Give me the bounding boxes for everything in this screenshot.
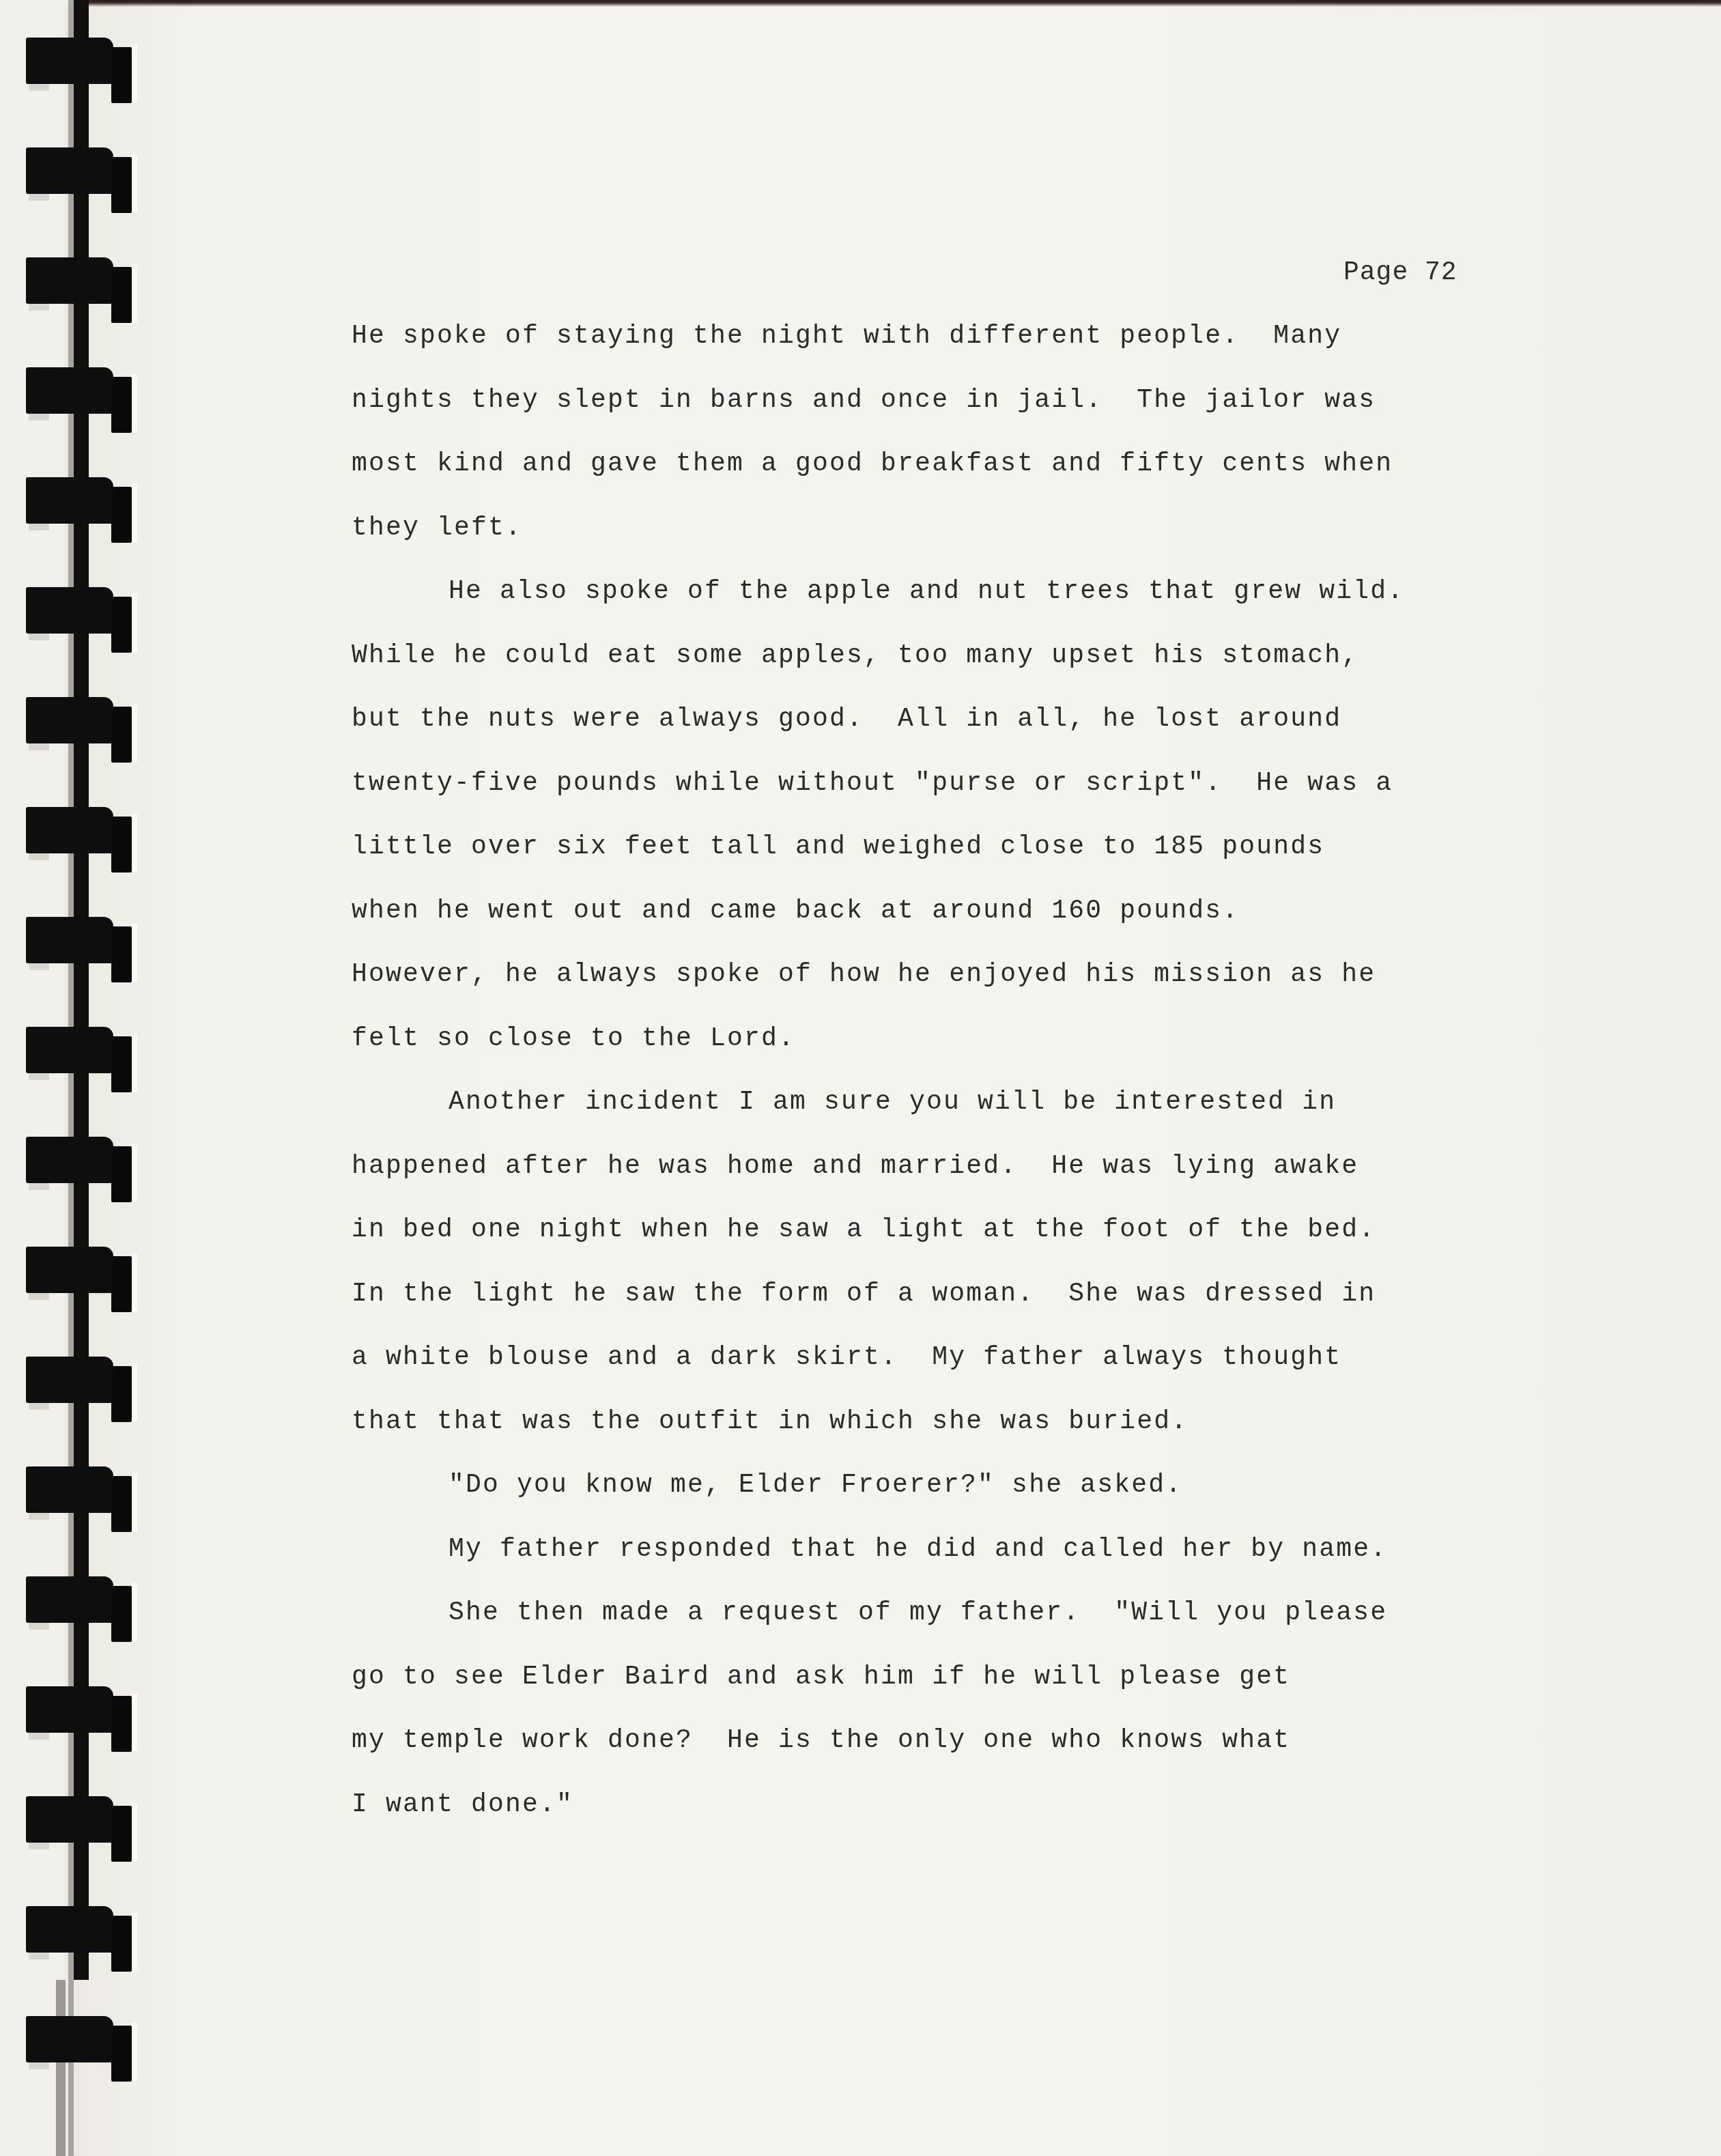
comb-tip xyxy=(111,597,132,653)
paragraph-first-line: "Do you know me, Elder Froerer?" she ask… xyxy=(449,1470,1182,1501)
punch-hole-edge xyxy=(29,1843,49,1849)
comb-tip xyxy=(111,1586,132,1642)
punch-hole-edge xyxy=(29,1623,49,1630)
text-line: but the nuts were always good. All in al… xyxy=(352,704,1341,735)
punch-hole xyxy=(132,264,137,322)
punch-hole xyxy=(132,704,137,762)
punch-hole-edge xyxy=(29,1183,49,1190)
binding-comb-tooth xyxy=(26,1686,132,1741)
top-edge-shadow xyxy=(75,0,1721,7)
text-line: While he could eat some apples, too many… xyxy=(352,640,1359,672)
punch-hole-edge xyxy=(29,963,49,970)
binding-comb-tooth xyxy=(26,1796,132,1851)
text-line: However, he always spoke of how he enjoy… xyxy=(352,959,1376,991)
punch-hole xyxy=(132,1473,137,1531)
punch-hole-edge xyxy=(29,1073,49,1080)
punch-hole-edge xyxy=(29,84,49,91)
paragraph-first-line: She then made a request of my father. "W… xyxy=(449,1598,1387,1629)
binding-comb-tooth xyxy=(26,1247,132,1301)
binding-comb-tooth xyxy=(26,697,132,752)
comb-band xyxy=(26,367,113,414)
comb-band xyxy=(26,1576,113,1623)
binding-comb-tooth xyxy=(26,1027,132,1081)
punch-hole-edge xyxy=(29,304,49,311)
comb-tip xyxy=(111,487,132,543)
comb-tip xyxy=(111,267,132,323)
punch-hole xyxy=(132,1693,137,1751)
comb-band xyxy=(26,477,113,524)
punch-hole-edge xyxy=(29,1953,49,1959)
comb-band xyxy=(26,1686,113,1733)
comb-tip xyxy=(111,926,132,982)
comb-band xyxy=(26,917,113,963)
punch-hole xyxy=(132,374,137,432)
text-line: go to see Elder Baird and ask him if he … xyxy=(352,1662,1290,1693)
comb-tip xyxy=(111,47,132,103)
comb-tip xyxy=(111,707,132,763)
text-line: I want done." xyxy=(352,1789,573,1821)
text-line: felt so close to the Lord. xyxy=(352,1023,795,1055)
punch-hole xyxy=(132,594,137,652)
text-line: He spoke of staying the night with diffe… xyxy=(352,321,1341,352)
comb-tip xyxy=(111,1366,132,1422)
comb-band xyxy=(26,807,113,853)
paragraph-first-line: My father responded that he did and call… xyxy=(449,1534,1387,1565)
comb-tip xyxy=(111,817,132,873)
binding-comb-tooth xyxy=(26,1137,132,1191)
punch-hole xyxy=(132,924,137,982)
punch-hole xyxy=(132,1583,137,1641)
binding-comb-tooth xyxy=(26,1576,132,1631)
comb-tip xyxy=(111,1256,132,1312)
punch-hole xyxy=(132,814,137,872)
comb-tip xyxy=(111,2026,132,2082)
comb-tip xyxy=(111,377,132,433)
punch-hole-edge xyxy=(29,2062,49,2069)
binding-comb-tooth xyxy=(26,807,132,862)
punch-hole xyxy=(132,1363,137,1421)
text-line: nights they slept in barns and once in j… xyxy=(352,385,1376,416)
binding-comb-tooth xyxy=(26,38,132,92)
comb-tip xyxy=(111,1696,132,1752)
comb-tip xyxy=(111,1036,132,1092)
punch-hole xyxy=(132,484,137,542)
text-line: when he went out and came back at around… xyxy=(352,896,1239,927)
comb-band xyxy=(26,147,113,194)
punch-hole-edge xyxy=(29,414,49,421)
comb-tip xyxy=(111,1916,132,1972)
comb-band xyxy=(26,587,113,634)
comb-band xyxy=(26,257,113,304)
comb-band xyxy=(26,1466,113,1513)
binding-comb-tooth xyxy=(26,367,132,422)
paragraph-first-line: He also spoke of the apple and nut trees… xyxy=(449,576,1404,608)
text-line: most kind and gave them a good breakfast… xyxy=(352,449,1393,480)
text-line: In the light he saw the form of a woman.… xyxy=(352,1279,1376,1310)
comb-band xyxy=(26,2016,113,2062)
binding-comb-tooth xyxy=(26,2016,132,2071)
comb-tip xyxy=(111,1476,132,1532)
binding-comb-tooth xyxy=(26,1466,132,1521)
punch-hole xyxy=(132,1803,137,1861)
binding-comb-tooth xyxy=(26,587,132,642)
binding-comb-tooth xyxy=(26,917,132,971)
punch-hole-edge xyxy=(29,634,49,640)
comb-band xyxy=(26,1906,113,1953)
page-number: Page 72 xyxy=(1343,258,1457,287)
punch-hole-edge xyxy=(29,1733,49,1740)
text-line: twenty-five pounds while without "purse … xyxy=(352,768,1393,799)
text-line: they left. xyxy=(352,513,522,544)
punch-hole xyxy=(132,44,137,102)
comb-tip xyxy=(111,1146,132,1202)
comb-band xyxy=(26,1796,113,1843)
punch-hole xyxy=(132,1034,137,1092)
binding-comb-tooth xyxy=(26,1906,132,1961)
punch-hole xyxy=(132,1253,137,1311)
text-line: in bed one night when he saw a light at … xyxy=(352,1215,1376,1246)
comb-band xyxy=(26,1247,113,1293)
punch-hole xyxy=(132,154,137,212)
comb-band xyxy=(26,1137,113,1183)
punch-hole xyxy=(132,1913,137,1971)
binding-comb-tooth xyxy=(26,1357,132,1411)
comb-band xyxy=(26,697,113,743)
punch-hole xyxy=(132,2023,137,2081)
punch-hole xyxy=(132,1144,137,1202)
punch-hole-edge xyxy=(29,524,49,530)
punch-hole-edge xyxy=(29,1293,49,1300)
binding-comb-tooth xyxy=(26,147,132,202)
punch-hole-edge xyxy=(29,743,49,750)
comb-band xyxy=(26,38,113,84)
comb-binding xyxy=(0,0,137,2156)
punch-hole-edge xyxy=(29,194,49,201)
text-line: my temple work done? He is the only one … xyxy=(352,1725,1290,1757)
text-line: little over six feet tall and weighed cl… xyxy=(352,832,1324,863)
text-line: happened after he was home and married. … xyxy=(352,1151,1359,1182)
text-line: that that was the outfit in which she wa… xyxy=(352,1406,1188,1438)
comb-tip xyxy=(111,1806,132,1862)
punch-hole-edge xyxy=(29,1513,49,1520)
comb-band xyxy=(26,1027,113,1073)
comb-band xyxy=(26,1357,113,1403)
punch-hole-edge xyxy=(29,853,49,860)
paragraph-first-line: Another incident I am sure you will be i… xyxy=(449,1087,1336,1118)
binding-comb-tooth xyxy=(26,477,132,532)
comb-tip xyxy=(111,157,132,213)
text-line: a white blouse and a dark skirt. My fath… xyxy=(352,1342,1341,1374)
binding-comb-tooth xyxy=(26,257,132,312)
punch-hole-edge xyxy=(29,1403,49,1410)
